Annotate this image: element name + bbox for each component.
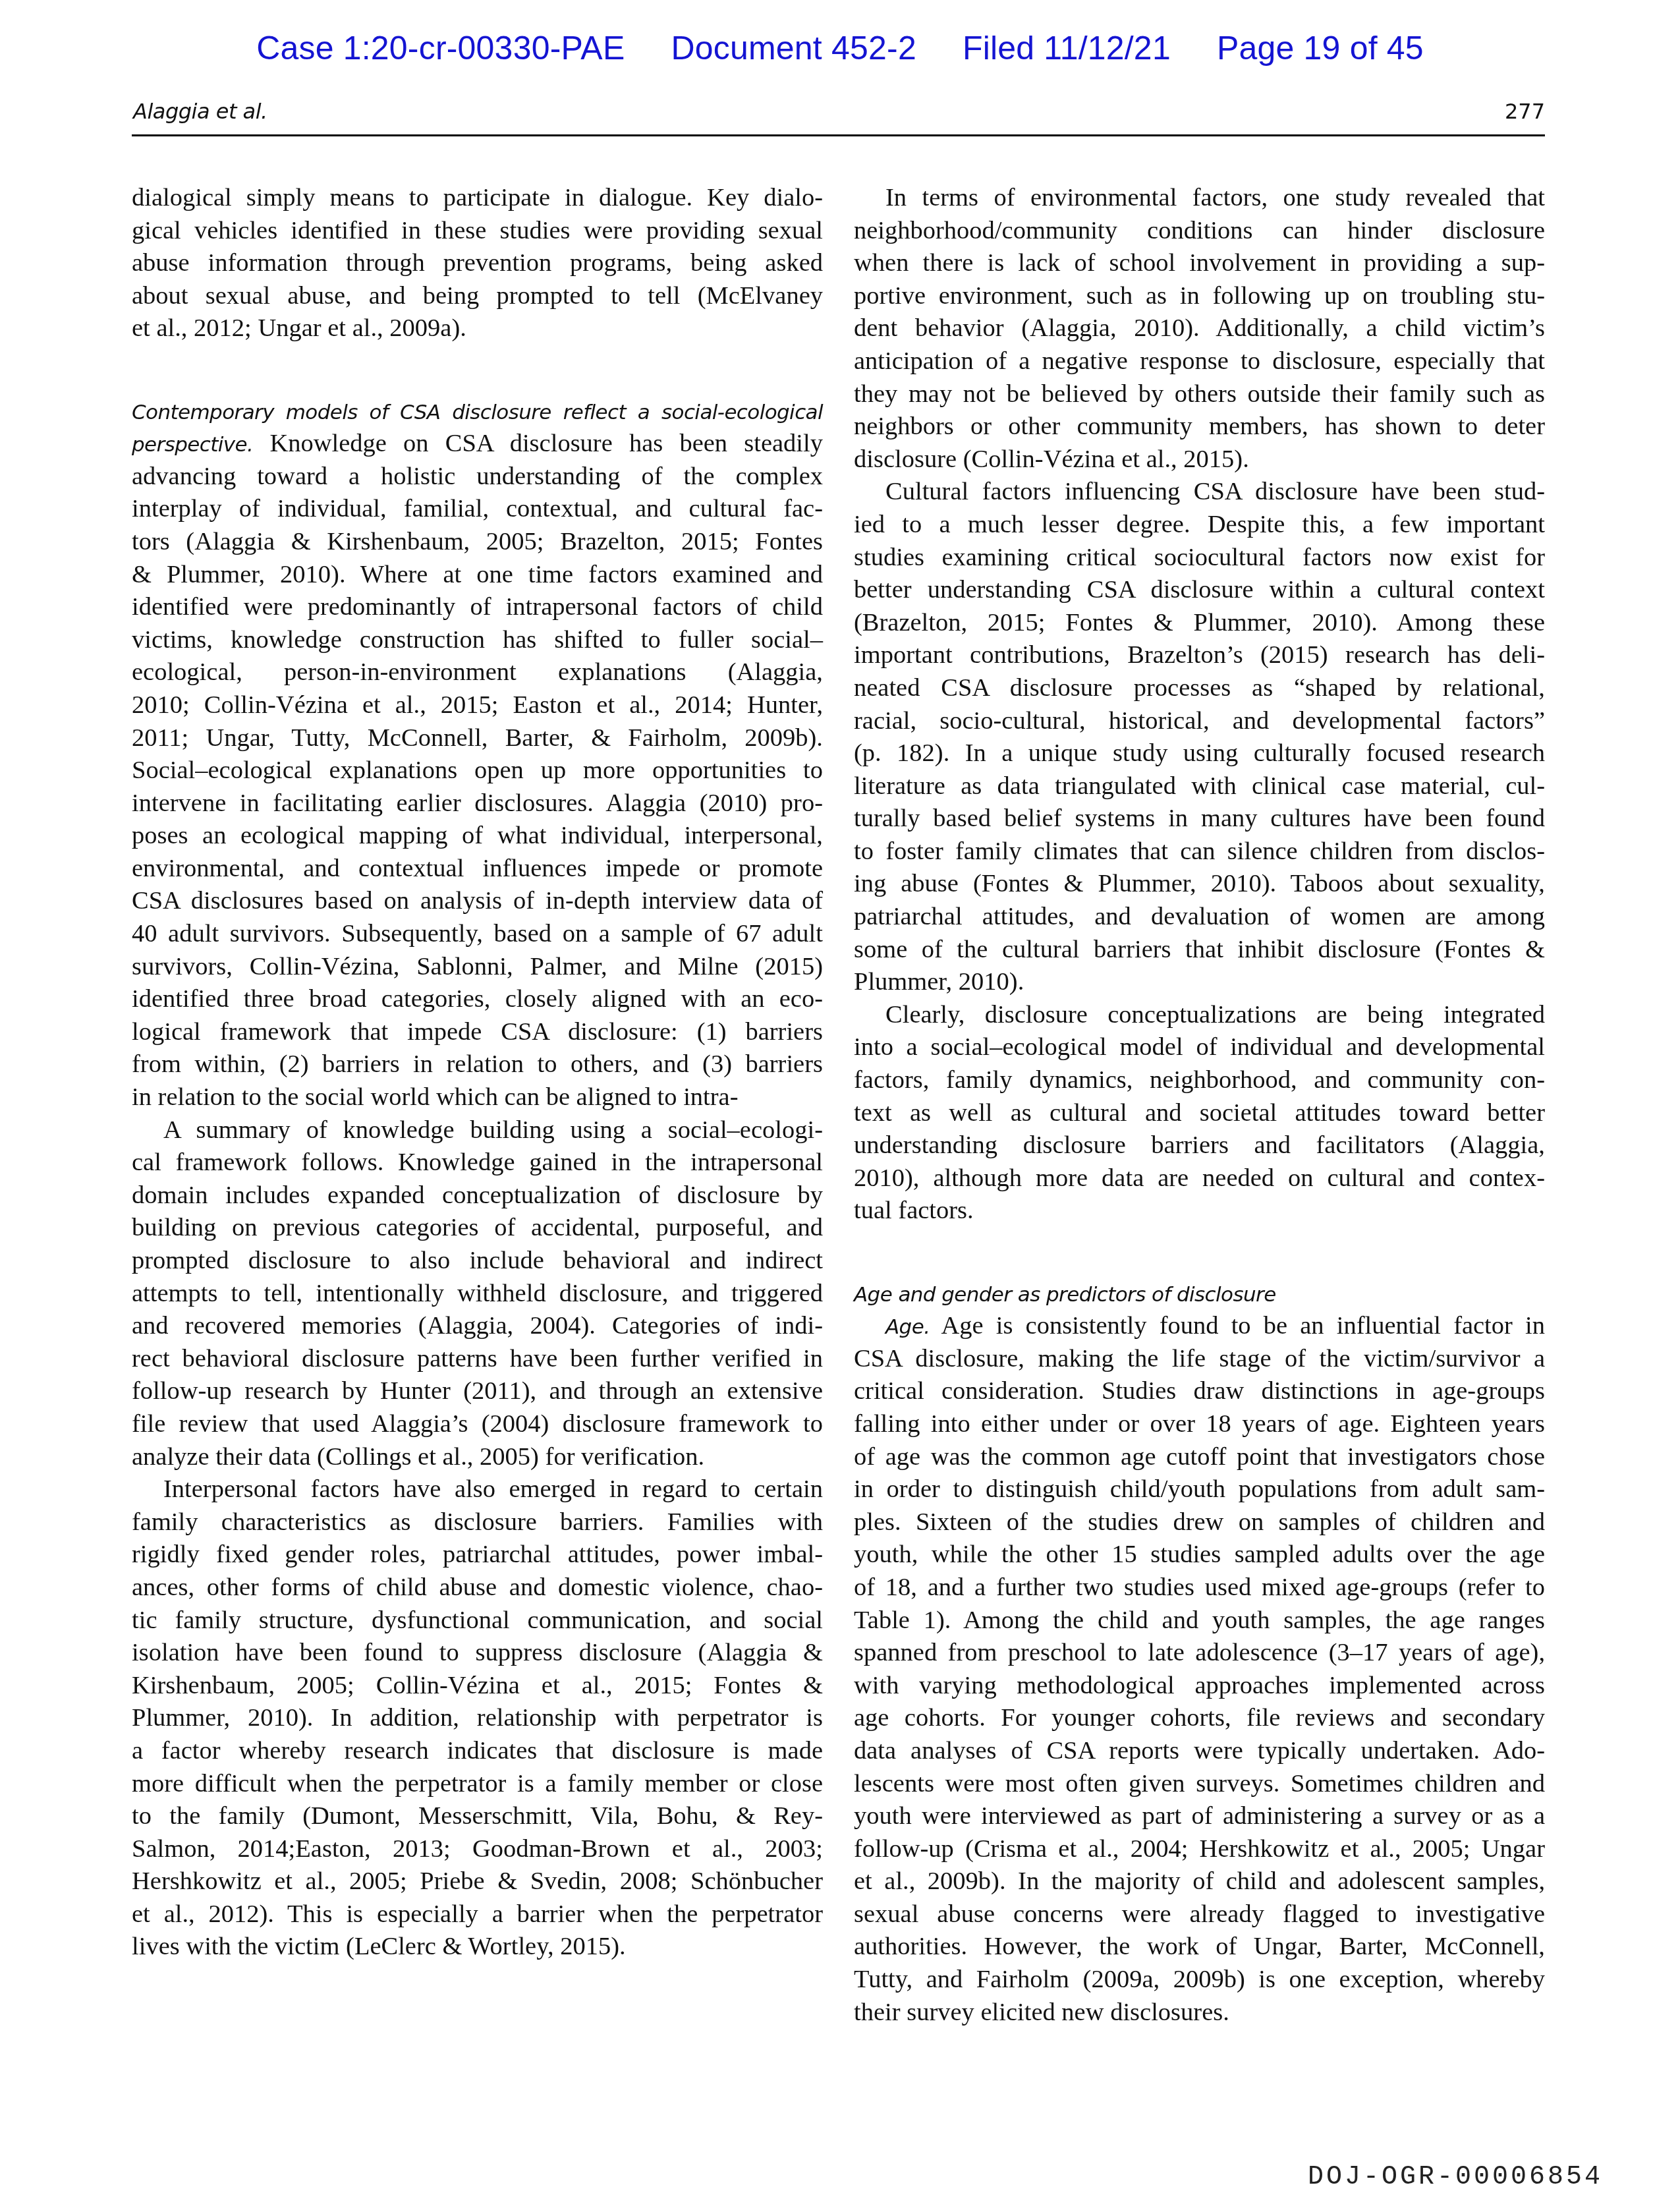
running-head-authors: Alaggia et al. xyxy=(133,99,267,124)
paragraph: A summary of knowledge building using a … xyxy=(132,1114,823,1474)
text-line: advancing toward a holistic understandin… xyxy=(132,461,823,494)
text-run: Knowledge on CSA disclosure has been ste… xyxy=(253,430,823,457)
text-line: they may not be believed by others outsi… xyxy=(854,378,1545,411)
text-line: disclosure (Collin-Vézina et al., 2015). xyxy=(854,443,1545,476)
paragraph: Interpersonal factors have also emerged … xyxy=(132,1473,823,1964)
text-line: follow-up (Crisma et al., 2004; Hershkow… xyxy=(854,1833,1545,1866)
text-line: literature as data triangulated with cli… xyxy=(854,770,1545,803)
text-line: to the family (Dumont, Messerschmitt, Vi… xyxy=(132,1800,823,1833)
text-line: interplay of individual, familial, conte… xyxy=(132,493,823,526)
paragraph: Contemporary models of CSA disclosure re… xyxy=(132,395,823,1114)
paragraph: dialogical simply means to participate i… xyxy=(132,182,823,345)
text-line: Salmon, 2014;Easton, 2013; Goodman-Brown… xyxy=(132,1833,823,1866)
document-number: Document 452-2 xyxy=(671,30,916,67)
text-line: CSA disclosures based on analysis of in-… xyxy=(132,885,823,918)
text-line: into a social–ecological model of indivi… xyxy=(854,1031,1545,1064)
paragraph-run-in-heading: Age. xyxy=(885,1315,930,1339)
text-line: spanned from preschool to late adolescen… xyxy=(854,1637,1545,1670)
text-line: victims, knowledge construction has shif… xyxy=(132,624,823,657)
text-line: CSA disclosure, making the life stage of… xyxy=(854,1343,1545,1376)
text-line: Tutty, and Fairholm (2009a, 2009b) is on… xyxy=(854,1964,1545,1997)
text-line: patriarchal attitudes, and devaluation o… xyxy=(854,901,1545,934)
text-line: attempts to tell, intentionally withheld… xyxy=(132,1278,823,1311)
text-line: abuse information through prevention pro… xyxy=(132,247,823,280)
text-line: Kirshenbaum, 2005; Collin-Vézina et al.,… xyxy=(132,1670,823,1703)
text-line: ied to a much lesser degree. Despite thi… xyxy=(854,509,1545,542)
section-subheading-line: Age and gender as predictors of disclosu… xyxy=(854,1278,1545,1311)
text-line: 40 adult survivors. Subsequently, based … xyxy=(132,918,823,951)
text-line: follow-up research by Hunter (2011), and… xyxy=(132,1375,823,1408)
text-line: cal framework follows. Knowledge gained … xyxy=(132,1147,823,1179)
text-line: 2010), although more data are needed on … xyxy=(854,1162,1545,1195)
text-line: perspective. Knowledge on CSA disclosure… xyxy=(132,428,823,461)
text-line: factors, family dynamics, neighborhood, … xyxy=(854,1064,1545,1097)
text-line: (Brazelton, 2015; Fontes & Plummer, 2010… xyxy=(854,607,1545,640)
text-line: ances, other forms of child abuse and do… xyxy=(132,1572,823,1604)
text-line: In terms of environmental factors, one s… xyxy=(854,182,1545,215)
text-line: Social–ecological explanations open up m… xyxy=(132,754,823,787)
text-line: data analyses of CSA reports were typica… xyxy=(854,1735,1545,1768)
text-line: et al., 2012). This is especially a barr… xyxy=(132,1898,823,1931)
text-line: rigidly fixed gender roles, patriarchal … xyxy=(132,1539,823,1572)
bates-number: DOJ-OGR-00006854 xyxy=(1308,2163,1603,2192)
text-line: prompted disclosure to also include beha… xyxy=(132,1245,823,1278)
text-line: isolation have been found to suppress di… xyxy=(132,1637,823,1670)
text-line: tors (Alaggia & Kirshenbaum, 2005; Braze… xyxy=(132,526,823,559)
text-line: family characteristics as disclosure bar… xyxy=(132,1506,823,1539)
text-line: falling into either under or over 18 yea… xyxy=(854,1408,1545,1441)
text-line: turally based belief systems in many cul… xyxy=(854,803,1545,836)
text-line: Age. Age is consistently found to be an … xyxy=(854,1310,1545,1343)
text-line: anticipation of a negative response to d… xyxy=(854,345,1545,378)
text-line: Table 1). Among the child and youth samp… xyxy=(854,1604,1545,1637)
text-line: age cohorts. For younger cohorts, file r… xyxy=(854,1702,1545,1735)
paragraph: In terms of environmental factors, one s… xyxy=(854,182,1545,476)
text-line: Plummer, 2010). xyxy=(854,966,1545,999)
text-line: building on previous categories of accid… xyxy=(132,1212,823,1245)
text-line: in relation to the social world which ca… xyxy=(132,1081,823,1114)
text-line: lives with the victim (LeClerc & Wortley… xyxy=(132,1931,823,1964)
text-line: with varying methodological approaches i… xyxy=(854,1670,1545,1703)
paragraph: Clearly, disclosure conceptualizations a… xyxy=(854,999,1545,1228)
text-line: of age was the common age cutoff point t… xyxy=(854,1441,1545,1474)
spacer xyxy=(132,345,823,378)
section-subheading-cont: perspective. xyxy=(132,433,253,457)
left-column: dialogical simply means to participate i… xyxy=(132,182,823,1964)
spacer xyxy=(854,1261,1545,1278)
text-line: studies examining critical sociocultural… xyxy=(854,542,1545,575)
text-line: logical framework that impede CSA disclo… xyxy=(132,1016,823,1049)
text-line: dent behavior (Alaggia, 2010). Additiona… xyxy=(854,312,1545,345)
text-line: portive environment, such as in followin… xyxy=(854,280,1545,313)
text-line: sexual abuse concerns were already flagg… xyxy=(854,1898,1545,1931)
text-line: 2011; Ungar, Tutty, McConnell, Barter, &… xyxy=(132,722,823,755)
text-line: authorities. However, the work of Ungar,… xyxy=(854,1931,1545,1964)
text-line: identified three broad categories, close… xyxy=(132,983,823,1016)
text-line: Plummer, 2010). In addition, relationshi… xyxy=(132,1702,823,1735)
header-rule xyxy=(132,134,1545,136)
text-line: & Plummer, 2010). Where at one time fact… xyxy=(132,559,823,592)
text-line: 2010; Collin-Vézina et al., 2015; Easton… xyxy=(132,689,823,722)
text-line: neighbors or other community members, ha… xyxy=(854,411,1545,443)
section-subheading: Age and gender as predictors of disclosu… xyxy=(854,1283,1276,1307)
text-line: identified were predominantly of intrape… xyxy=(132,591,823,624)
text-line: when there is lack of school involvement… xyxy=(854,247,1545,280)
text-line: tic family structure, dysfunctional comm… xyxy=(132,1604,823,1637)
text-line: file review that used Alaggia’s (2004) d… xyxy=(132,1408,823,1441)
text-line: et al., 2012; Ungar et al., 2009a). xyxy=(132,312,823,345)
text-line: dialogical simply means to participate i… xyxy=(132,182,823,215)
text-line: to foster family climates that can silen… xyxy=(854,836,1545,868)
text-line: text as well as cultural and societal at… xyxy=(854,1097,1545,1130)
text-line: neated CSA disclosure processes as “shap… xyxy=(854,672,1545,705)
text-line: in order to distinguish child/youth popu… xyxy=(854,1473,1545,1506)
paragraph: Age. Age is consistently found to be an … xyxy=(854,1310,1545,2029)
text-line: poses an ecological mapping of what indi… xyxy=(132,820,823,853)
text-line: lescents were most often given surveys. … xyxy=(854,1768,1545,1801)
text-line: survivors, Collin-Vézina, Sablonni, Palm… xyxy=(132,951,823,984)
page-of-total: Page 19 of 45 xyxy=(1217,30,1424,67)
text-line: from within, (2) barriers in relation to… xyxy=(132,1048,823,1081)
text-line: A summary of knowledge building using a … xyxy=(132,1114,823,1147)
paragraph: Cultural factors influencing CSA disclos… xyxy=(854,476,1545,999)
text-line: Cultural factors influencing CSA disclos… xyxy=(854,476,1545,509)
text-line: Hershkowitz et al., 2005; Priebe & Svedi… xyxy=(132,1865,823,1898)
text-line: better understanding CSA disclosure with… xyxy=(854,574,1545,607)
text-line: (p. 182). In a unique study using cultur… xyxy=(854,737,1545,770)
text-line: gical vehicles identified in these studi… xyxy=(132,215,823,248)
text-line: important contributions, Brazelton’s (20… xyxy=(854,639,1545,672)
spacer xyxy=(132,378,823,395)
text-line: racial, socio-cultural, historical, and … xyxy=(854,705,1545,738)
text-line: environmental, and contextual influences… xyxy=(132,853,823,886)
section-subheading-line: Contemporary models of CSA disclosure re… xyxy=(132,395,823,428)
text-line: rect behavioral disclosure patterns have… xyxy=(132,1343,823,1376)
text-line: tual factors. xyxy=(854,1195,1545,1228)
running-head: Alaggia et al. 277 xyxy=(132,96,1545,133)
text-line: intervene in facilitating earlier disclo… xyxy=(132,787,823,820)
text-line: analyze their data (Collings et al., 200… xyxy=(132,1441,823,1474)
journal-page-number: 277 xyxy=(1505,99,1545,124)
text-line: critical consideration. Studies draw dis… xyxy=(854,1375,1545,1408)
spacer xyxy=(854,1228,1545,1261)
text-line: more difficult when the perpetrator is a… xyxy=(132,1768,823,1801)
court-filing-stamp: Case 1:20-cr-00330-PAEDocument 452-2File… xyxy=(0,29,1680,67)
section-subheading: Contemporary models of CSA disclosure re… xyxy=(132,401,823,424)
text-line: about sexual abuse, and being prompted t… xyxy=(132,280,823,313)
text-line: Clearly, disclosure conceptualizations a… xyxy=(854,999,1545,1032)
text-line: ples. Sixteen of the studies drew on sam… xyxy=(854,1506,1545,1539)
filed-date: Filed 11/12/21 xyxy=(963,30,1171,67)
text-line: Interpersonal factors have also emerged … xyxy=(132,1473,823,1506)
text-line: some of the cultural barriers that inhib… xyxy=(854,934,1545,967)
text-line: understanding disclosure barriers and fa… xyxy=(854,1129,1545,1162)
text-line: ing abuse (Fontes & Plummer, 2010). Tabo… xyxy=(854,868,1545,901)
text-line: of 18, and a further two studies used mi… xyxy=(854,1572,1545,1604)
text-line: neighborhood/community conditions can hi… xyxy=(854,215,1545,248)
text-line: a factor whereby research indicates that… xyxy=(132,1735,823,1768)
right-column: In terms of environmental factors, one s… xyxy=(854,182,1545,2029)
case-number: Case 1:20-cr-00330-PAE xyxy=(256,30,625,67)
text-line: ecological, person-in-environment explan… xyxy=(132,656,823,689)
text-line: et al., 2009b). In the majority of child… xyxy=(854,1865,1545,1898)
text-run: Age is consistently found to be an influ… xyxy=(930,1312,1545,1340)
text-line: their survey elicited new disclosures. xyxy=(854,1997,1545,2029)
text-line: youth, while the other 15 studies sample… xyxy=(854,1539,1545,1572)
text-line: domain includes expanded conceptualizati… xyxy=(132,1179,823,1212)
text-line: and recovered memories (Alaggia, 2004). … xyxy=(132,1310,823,1343)
text-line: youth were interviewed as part of admini… xyxy=(854,1800,1545,1833)
